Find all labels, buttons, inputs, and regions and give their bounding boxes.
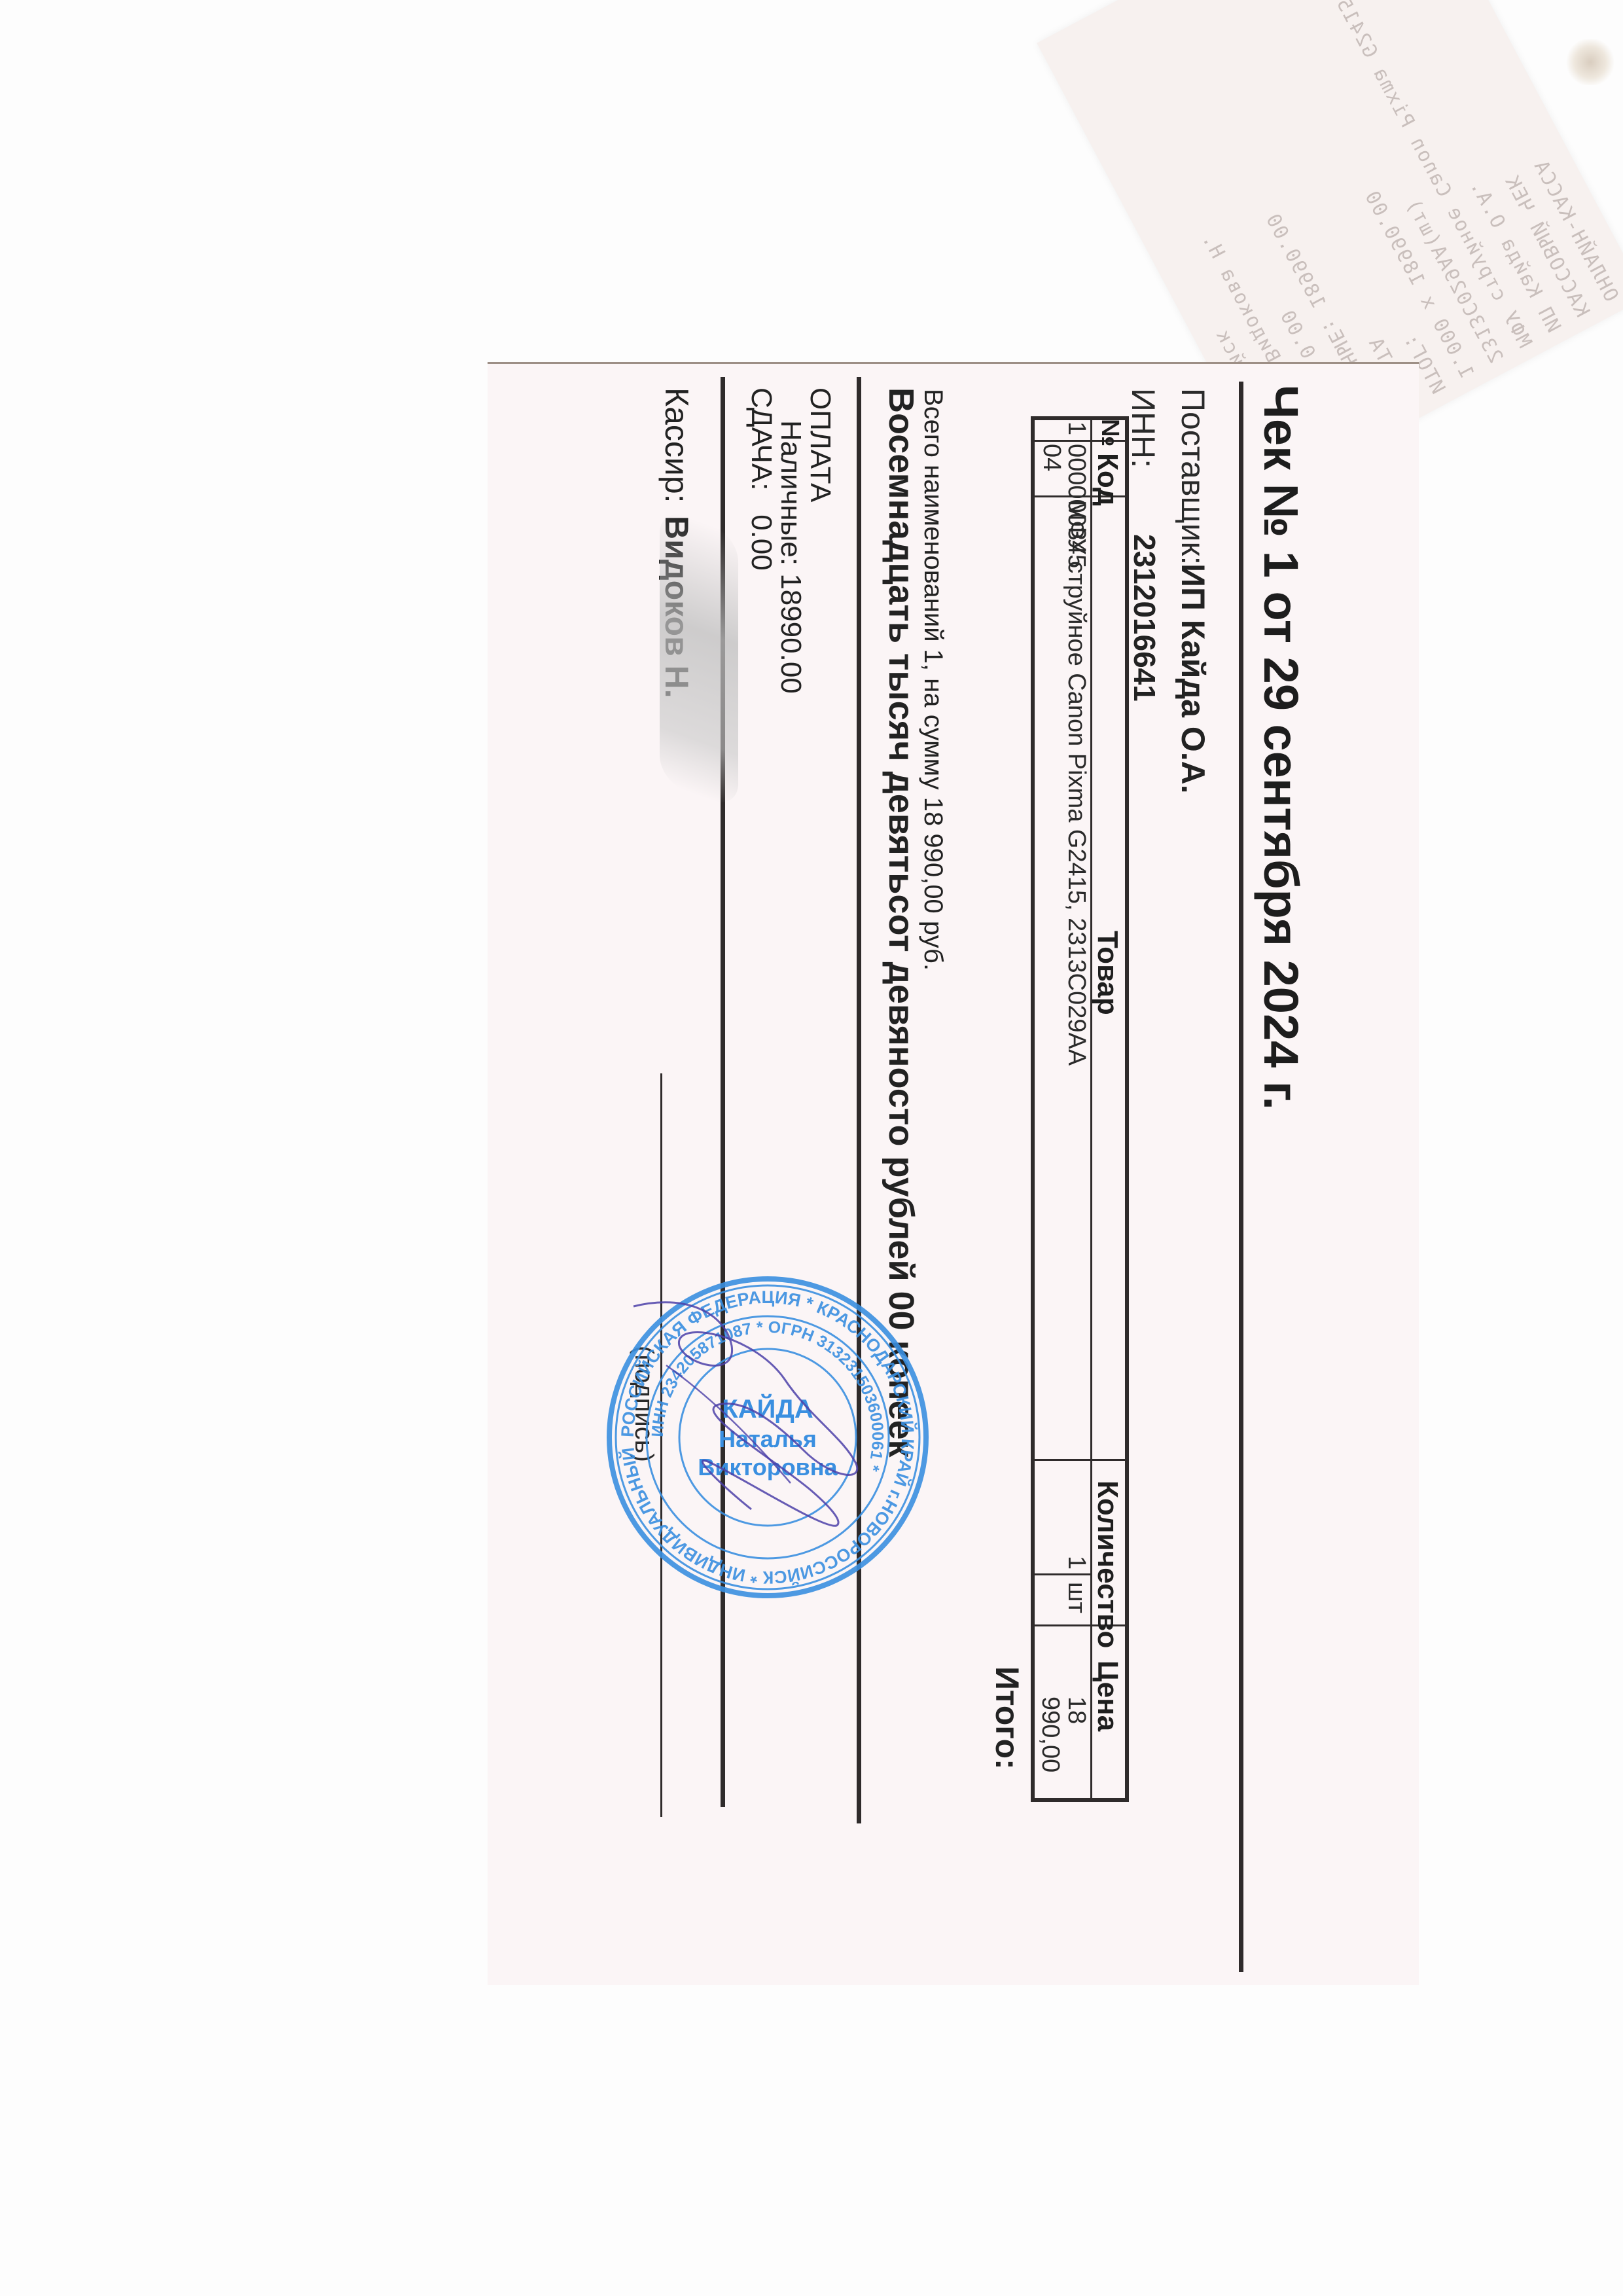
summary-line: Всего наименований 1, на сумму 18 990,00… [918, 389, 948, 971]
handwritten-signature [607, 1267, 882, 1555]
row-unit: шт [1063, 1582, 1090, 1613]
supplier-value: ИП Кайда О.А. [1174, 564, 1212, 794]
header-quantity: Количество [1091, 1480, 1124, 1648]
row-no: 1 [1063, 422, 1090, 435]
cashier-label: Кассир: [658, 387, 696, 503]
row-code-suffix: 04 [1039, 444, 1065, 471]
payment-cash: Наличные: 18990.00 [774, 420, 807, 694]
inn-label: ИНН: [1124, 388, 1162, 468]
receipt-content: Чек № 1 от 29 сентября 2024 г. Поставщик… [488, 364, 1419, 1985]
correction-smudge [660, 507, 738, 810]
col-divider [1035, 1459, 1125, 1461]
receipt-title: Чек № 1 от 29 сентября 2024 г. [1253, 385, 1309, 1110]
header-code: Код [1091, 453, 1124, 506]
supplier-label: Поставщик: [1174, 388, 1212, 565]
receipt-sheet: Чек № 1 от 29 сентября 2024 г. Поставщик… [488, 362, 1419, 1985]
payment-heading: ОПЛАТА [804, 387, 836, 502]
inn-value: 2312016641 [1127, 534, 1162, 702]
paper-tear-mark [1564, 39, 1616, 85]
total-label: Итого: [988, 1666, 1026, 1770]
payment-divider-top [857, 377, 861, 1823]
row-price: 18 990,00 [1037, 1696, 1090, 1798]
title-divider [1239, 382, 1243, 1972]
header-item: Товар [1091, 931, 1124, 1015]
payment-change: СДАЧА: 0.00 [745, 387, 777, 571]
header-no: № [1096, 419, 1124, 442]
row-item: МФУ струйное Canon Pixma G2415, 2313C029… [1063, 500, 1090, 1066]
header-price: Цена [1091, 1660, 1124, 1731]
col-divider [1035, 1573, 1092, 1575]
row-qty: 1 [1063, 1556, 1090, 1570]
items-table: № Код Товар Количество Цена 1 000000345 … [1031, 416, 1129, 1802]
